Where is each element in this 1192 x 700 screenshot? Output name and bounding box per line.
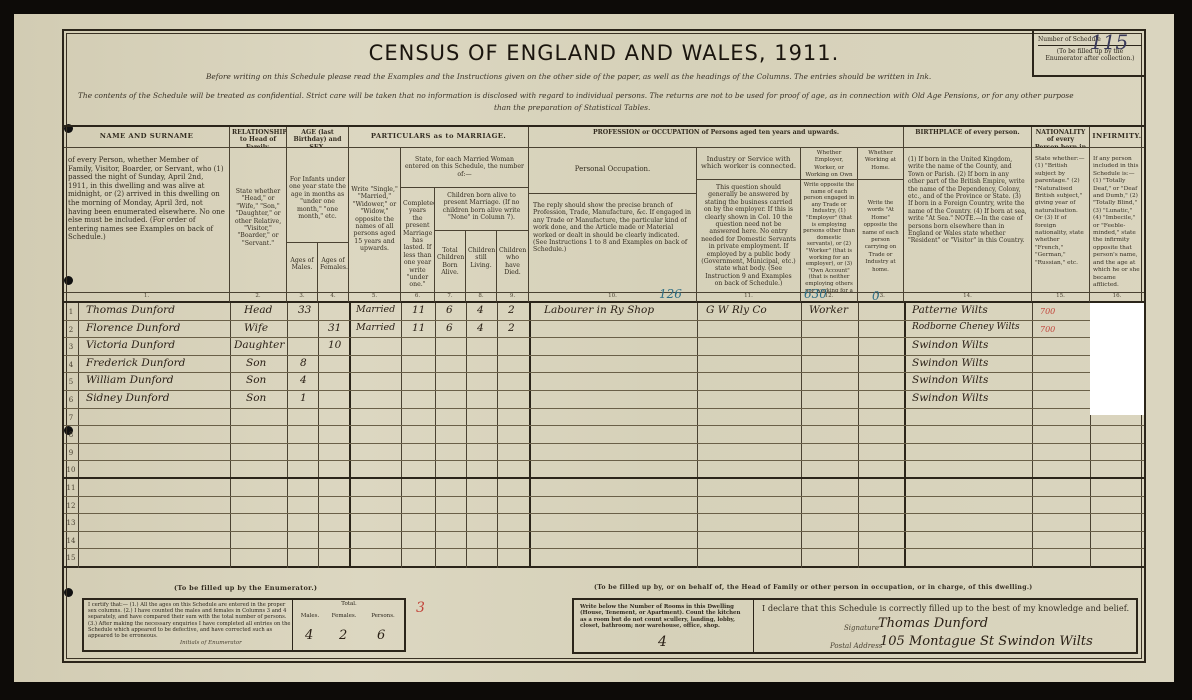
children-living: 4 bbox=[477, 304, 484, 316]
enumerator-caption: (To be filled up by the Enumerator.) bbox=[174, 584, 317, 592]
birthplace: Swindon Wilts bbox=[912, 392, 988, 404]
column-number: 5. bbox=[349, 293, 401, 303]
table-row: 15 bbox=[64, 549, 1144, 567]
row-number: 14 bbox=[64, 537, 78, 545]
industry-code: 630 bbox=[804, 287, 827, 301]
row-number: 3 bbox=[64, 343, 78, 351]
occupation: Labourer in Ry Shop bbox=[544, 304, 654, 316]
header-employer-desc: Write opposite the name of each person e… bbox=[801, 180, 858, 293]
red-check-mark: 3 bbox=[416, 600, 425, 616]
table-row: 2 Florence Dunford Wife 31 Married 11 6 … bbox=[64, 321, 1144, 339]
header-birthplace: BIRTHPLACE of every person. bbox=[904, 127, 1032, 148]
table-row: 4 Frederick Dunford Son 8 Swindon Wilts bbox=[64, 356, 1144, 374]
enumerator-box: I certify that:— (1.) All the ages on th… bbox=[82, 598, 406, 652]
column-number: 16. bbox=[1090, 293, 1144, 303]
totals-box: Total. Males. Females. Persons. 4 2 6 bbox=[292, 600, 406, 650]
nationality-mark: 700 bbox=[1040, 307, 1055, 316]
table-row: 13 bbox=[64, 514, 1144, 532]
column-number: 2. bbox=[230, 293, 287, 303]
age-male: 1 bbox=[300, 392, 307, 404]
confidential-line-2: than the preparation of Statistical Tabl… bbox=[494, 103, 650, 112]
header-name-desc: of every Person, whether Member of Famil… bbox=[64, 148, 230, 293]
relationship: Head bbox=[244, 304, 272, 316]
header-age-females: Ages of Females. bbox=[318, 243, 349, 293]
column-number: 15. bbox=[1032, 293, 1090, 303]
header-years-married: Completed years the present Marriage has… bbox=[401, 188, 435, 293]
postal-address: 105 Montague St Swindon Wilts bbox=[880, 634, 1093, 649]
instruction-line: Before writing on this Schedule please r… bbox=[206, 72, 931, 81]
header-nationality: NATIONALITY of every Person born in a Fo… bbox=[1032, 127, 1090, 148]
header-marriage-write: Write "Single," "Married," "Widower," or… bbox=[349, 148, 401, 293]
age-male: 8 bbox=[300, 357, 307, 369]
column-number: 9. bbox=[497, 293, 529, 303]
header-at-home: Whether Working at Home. bbox=[858, 148, 904, 180]
row-number: 5 bbox=[64, 378, 78, 386]
age-female: 31 bbox=[328, 322, 341, 334]
address-label: Postal Address bbox=[830, 642, 882, 650]
header-married-woman: State, for each Married Woman entered on… bbox=[401, 148, 529, 188]
household-caption: (To be filled up by, or on behalf of, th… bbox=[594, 584, 1033, 591]
table-row: 6 Sidney Dunford Son 1 Swindon Wilts bbox=[64, 391, 1144, 409]
relationship: Daughter bbox=[234, 339, 284, 351]
marital-status: Married bbox=[356, 304, 395, 315]
table-row: 11 bbox=[64, 479, 1144, 497]
column-number: 3. bbox=[287, 293, 318, 303]
header-personal-occupation: Personal Occupation. bbox=[529, 148, 697, 194]
row-number: 11 bbox=[64, 484, 78, 492]
column-number: 11. bbox=[697, 293, 801, 303]
schedule-number-box: Number of Schedule 115 (To be filled up … bbox=[1032, 30, 1146, 77]
column-number: 8. bbox=[466, 293, 497, 303]
person-name: Sidney Dunford bbox=[86, 392, 169, 404]
person-name: William Dunford bbox=[86, 374, 174, 386]
header-age-desc: For Infants under one year state the age… bbox=[287, 148, 349, 243]
header-at-home-desc: Write the words "At Home" opposite the n… bbox=[858, 180, 904, 293]
header-children-died: Children who have Died. bbox=[497, 231, 529, 293]
row-number: 7 bbox=[64, 414, 78, 422]
person-name: Victoria Dunford bbox=[86, 339, 175, 351]
header-children-born: Children born alive to present Marriage.… bbox=[435, 188, 529, 231]
header-age: AGE (last Birthday) and SEX. bbox=[287, 127, 349, 148]
table-row: 10 bbox=[64, 461, 1144, 479]
infirmity-redaction bbox=[1090, 303, 1144, 415]
header-total-children: Total Children Born Alive. bbox=[435, 231, 466, 293]
employer-code: 0 bbox=[872, 289, 880, 303]
children-died: 2 bbox=[508, 322, 515, 334]
header-name: NAME AND SURNAME bbox=[64, 127, 230, 148]
household-box: Write below the Number of Rooms in this … bbox=[572, 598, 1138, 654]
relationship: Wife bbox=[244, 322, 268, 334]
header-occupation: PROFESSION or OCCUPATION of Persons aged… bbox=[529, 127, 904, 148]
signature-label: Signature bbox=[844, 624, 879, 632]
column-number: 7. bbox=[435, 293, 466, 303]
header-marriage: PARTICULARS as to MARRIAGE. bbox=[349, 127, 529, 148]
occupation-code: 126 bbox=[659, 287, 682, 301]
row-number: 15 bbox=[64, 554, 78, 562]
total-persons: 6 bbox=[377, 628, 385, 643]
header-industry-desc: This question should generally be answer… bbox=[697, 180, 801, 293]
birthplace: Swindon Wilts bbox=[912, 357, 988, 369]
relationship: Son bbox=[246, 392, 266, 404]
marital-status: Married bbox=[356, 322, 395, 333]
schedule-number: 115 bbox=[1090, 30, 1128, 54]
age-male: 33 bbox=[298, 304, 311, 316]
census-table: NAME AND SURNAME RELATIONSHIP to Head of… bbox=[64, 125, 1144, 568]
employer-status: Worker bbox=[809, 304, 848, 316]
total-children: 6 bbox=[446, 304, 453, 316]
table-row: 3 Victoria Dunford Daughter 10 Swindon W… bbox=[64, 338, 1144, 356]
schedule-footer: (To be filled up by the Enumerator.) I c… bbox=[64, 570, 1144, 660]
header-industry: Industry or Service with which worker is… bbox=[697, 148, 801, 180]
table-row: 1 Thomas Dunford Head 33 Married 11 6 4 … bbox=[64, 303, 1144, 321]
header-infirmity-desc: If any person included in this Schedule … bbox=[1090, 148, 1144, 293]
header-nationality-desc: State whether:— (1) "British subject by … bbox=[1032, 148, 1090, 293]
header-relationship-desc: State whether "Head," or "Wife," "Son," … bbox=[230, 148, 287, 293]
confidential-line: The contents of the Schedule will be tre… bbox=[78, 91, 1074, 100]
signature: Thomas Dunford bbox=[878, 616, 988, 631]
enumerator-certificate: I certify that:— (1.) All the ages on th… bbox=[88, 602, 292, 639]
document-title: CENSUS OF ENGLAND AND WALES, 1911. bbox=[64, 41, 1144, 65]
column-number: 13. bbox=[858, 293, 904, 303]
total-females: 2 bbox=[339, 628, 347, 643]
table-row: 12 bbox=[64, 497, 1144, 515]
relationship: Son bbox=[246, 374, 266, 386]
column-number: 14. bbox=[904, 293, 1032, 303]
column-number: 6. bbox=[401, 293, 435, 303]
years-married: 11 bbox=[412, 322, 425, 334]
row-number: 9 bbox=[64, 449, 78, 457]
age-female: 10 bbox=[328, 339, 341, 351]
header-personal-occupation-desc: The reply should show the precise branch… bbox=[529, 194, 697, 293]
birthplace: Rodborne Cheney Wilts bbox=[912, 322, 1020, 332]
total-males: 4 bbox=[305, 628, 313, 643]
table-row: 9 bbox=[64, 444, 1144, 462]
row-number: 4 bbox=[64, 361, 78, 369]
nationality-mark: 700 bbox=[1040, 325, 1055, 334]
row-number: 1 bbox=[64, 308, 78, 316]
header-children-living: Children still Living. bbox=[466, 231, 497, 293]
column-number: 1. bbox=[64, 293, 230, 303]
declaration: I declare that this Schedule is correctl… bbox=[762, 603, 1129, 613]
total-label: Total. bbox=[293, 601, 405, 607]
row-number: 12 bbox=[64, 502, 78, 510]
years-married: 11 bbox=[412, 304, 425, 316]
person-name: Thomas Dunford bbox=[86, 304, 175, 316]
person-name: Frederick Dunford bbox=[86, 357, 185, 369]
females-label: Females. bbox=[327, 613, 361, 619]
children-died: 2 bbox=[508, 304, 515, 316]
males-label: Males. bbox=[293, 613, 327, 619]
row-number: 10 bbox=[64, 466, 78, 474]
header-infirmity: INFIRMITY. bbox=[1090, 127, 1144, 148]
relationship: Son bbox=[246, 357, 266, 369]
row-number: 2 bbox=[64, 326, 78, 334]
birthplace: Swindon Wilts bbox=[912, 374, 988, 386]
row-number: 6 bbox=[64, 396, 78, 404]
column-number: 4. bbox=[318, 293, 349, 303]
birthplace: Swindon Wilts bbox=[912, 339, 988, 351]
header-birthplace-desc: (1) If born in the United Kingdom, write… bbox=[904, 148, 1032, 293]
header-employer: Whether Employer, Worker, or Working on … bbox=[801, 148, 858, 180]
initials-label: Initials of Enumerator bbox=[180, 640, 242, 646]
table-row: 5 William Dunford Son 4 Swindon Wilts bbox=[64, 373, 1144, 391]
header-age-males: Ages of Males. bbox=[287, 243, 318, 293]
persons-label: Persons. bbox=[361, 613, 405, 619]
header-relationship: RELATIONSHIP to Head of Family. bbox=[230, 127, 287, 148]
rooms-count: 4 bbox=[658, 634, 667, 650]
birthplace: Patterne Wilts bbox=[912, 304, 988, 316]
table-row: 14 bbox=[64, 532, 1144, 550]
row-number: 13 bbox=[64, 519, 78, 527]
industry: G W Rly Co bbox=[706, 304, 767, 316]
table-row: 8 bbox=[64, 426, 1144, 444]
person-name: Florence Dunford bbox=[86, 322, 180, 334]
row-number: 8 bbox=[64, 431, 78, 439]
children-living: 4 bbox=[477, 322, 484, 334]
total-children: 6 bbox=[446, 322, 453, 334]
age-male: 4 bbox=[300, 374, 307, 386]
table-row: 7 bbox=[64, 409, 1144, 427]
